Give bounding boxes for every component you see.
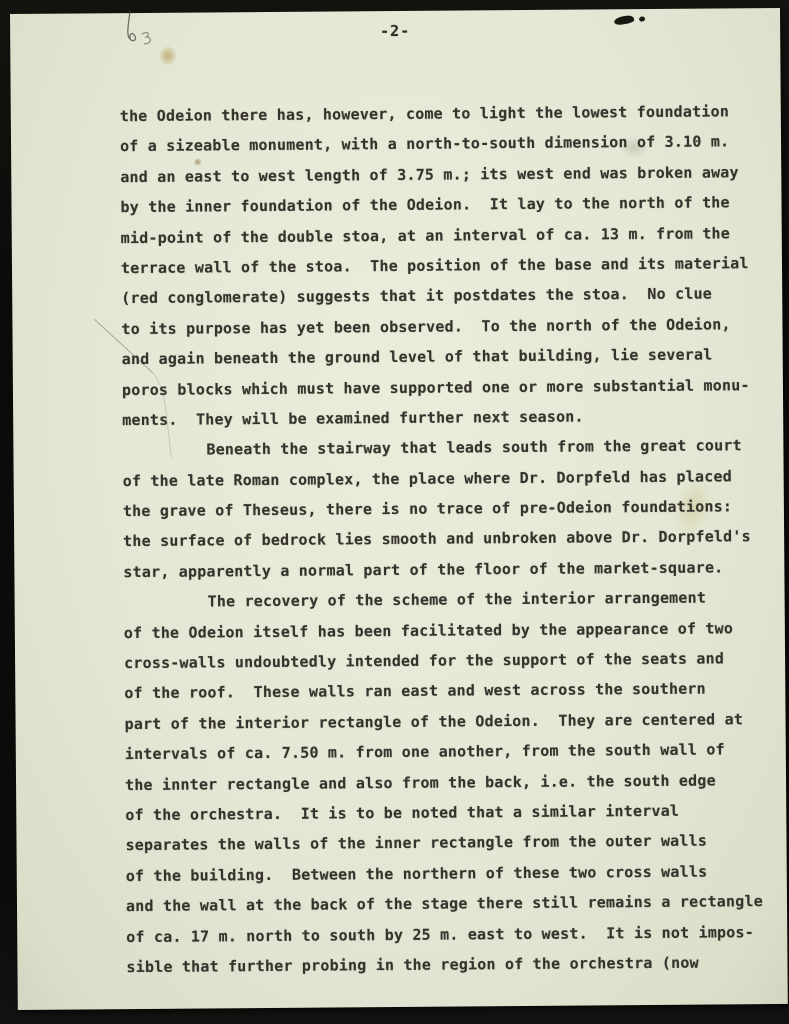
typed-line: separates the walls of the inner rectang…: [125, 825, 785, 861]
typed-line: by the inner foundation of the Odeion. I…: [120, 187, 780, 223]
typed-line: the surface of bedrock lies smooth and u…: [123, 521, 783, 557]
typed-line: Beneath the stairway that leads south fr…: [122, 430, 782, 466]
typed-line: and again beneath the ground level of th…: [122, 339, 782, 375]
typed-line: sible that further probing in the region…: [126, 947, 786, 983]
scan-background: -2- the Odeion there has, however, come …: [0, 0, 789, 1024]
typed-line: (red conglomerate) suggests that it post…: [121, 278, 781, 314]
typed-line: The recovery of the scheme of the interi…: [124, 582, 784, 618]
typed-line: poros blocks which must have supported o…: [122, 369, 782, 405]
typed-line: the innter rectangle and also from the b…: [125, 765, 785, 801]
typed-line: and the wall at the back of the stage th…: [126, 886, 786, 922]
typed-line: of a sizeable monument, with a north-to-…: [120, 126, 780, 162]
typed-text-block: the Odeion there has, however, come to l…: [120, 96, 787, 982]
document-page: -2- the Odeion there has, however, come …: [10, 8, 788, 1010]
typed-line: intervals of ca. 7.50 m. from one anothe…: [125, 734, 785, 770]
typed-line: of the roof. These walls ran east and we…: [124, 673, 784, 709]
